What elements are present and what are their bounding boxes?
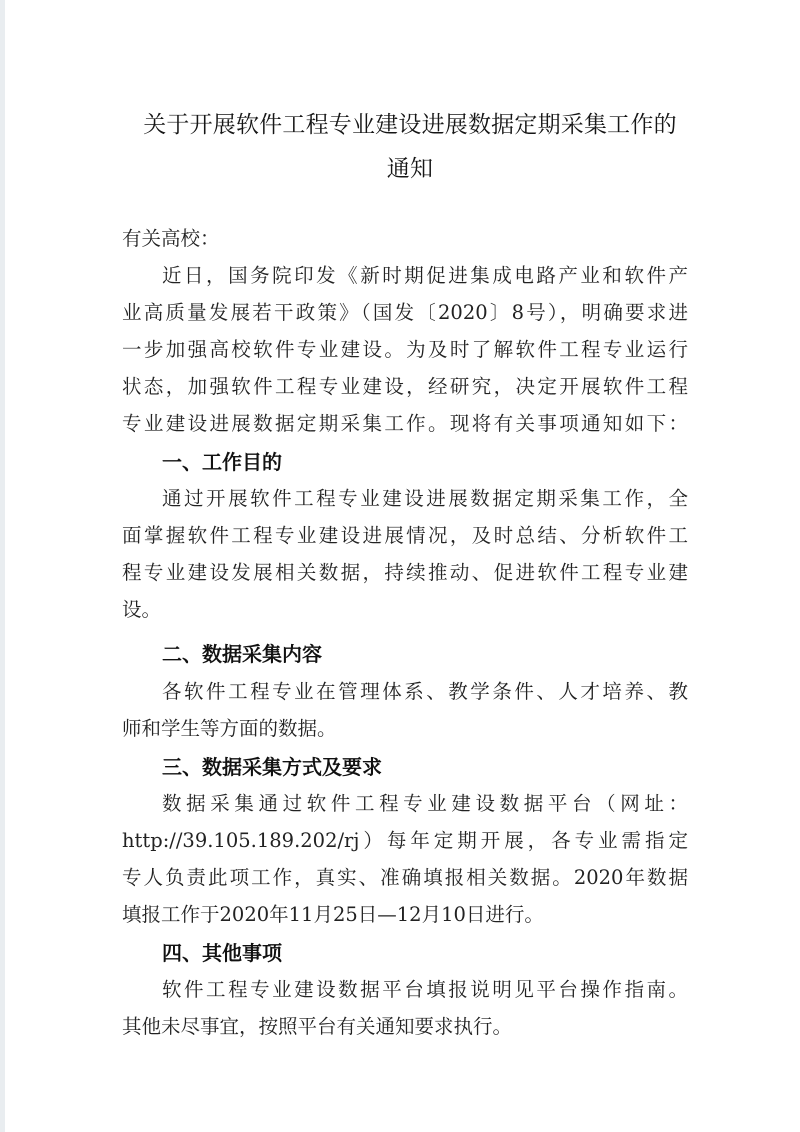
section-line: 专人负责此项工作，真实、准确填报相关数据。2020年数据 bbox=[122, 866, 688, 890]
section-line: 填报工作于2020年11月25日—12月10日进行。 bbox=[122, 903, 688, 927]
document-title-line-1: 关于开展软件工程专业建设进展数据定期采集工作的 bbox=[100, 106, 720, 139]
document-page: 关于开展软件工程专业建设进展数据定期采集工作的 通知 有关高校： 近日，国务院印… bbox=[0, 0, 800, 1132]
section-line: 师和学生等方面的数据。 bbox=[122, 717, 688, 741]
section-line: 其他未尽事宜，按照平台有关通知要求执行。 bbox=[122, 1015, 688, 1039]
section-line-url: http://39.105.189.202/rj）每年定期开展，各专业需指定 bbox=[122, 829, 688, 853]
section-heading-purpose: 一、工作目的 bbox=[162, 450, 282, 474]
section-heading-other: 四、其他事项 bbox=[162, 941, 282, 965]
section-heading-method: 三、数据采集方式及要求 bbox=[162, 755, 382, 779]
section-line: 数据采集通过软件工程专业建设数据平台（网址： bbox=[162, 792, 688, 816]
salutation: 有关高校： bbox=[122, 227, 688, 251]
intro-line: 近日，国务院印发《新时期促进集成电路产业和软件产 bbox=[162, 264, 688, 288]
section-line: 软件工程专业建设数据平台填报说明见平台操作指南。 bbox=[162, 978, 688, 1002]
intro-line: 一步加强高校软件专业建设。为及时了解软件工程专业运行 bbox=[122, 338, 688, 362]
section-heading-content: 二、数据采集内容 bbox=[162, 642, 322, 666]
section-line: 通过开展软件工程专业建设进展数据定期采集工作，全 bbox=[162, 487, 688, 511]
document-title-line-2: 通知 bbox=[100, 150, 720, 183]
section-line: 面掌握软件工程专业建设进展情况，及时总结、分析软件工 bbox=[122, 524, 688, 548]
intro-line: 专业建设进展数据定期采集工作。现将有关事项通知如下： bbox=[122, 412, 688, 436]
intro-line: 业高质量发展若干政策》（国发〔2020〕8号），明确要求进 bbox=[122, 301, 688, 325]
section-line: 各软件工程专业在管理体系、教学条件、人才培养、教 bbox=[162, 680, 688, 704]
intro-line: 状态，加强软件工程专业建设，经研究，决定开展软件工程 bbox=[122, 375, 688, 399]
section-line: 程专业建设发展相关数据，持续推动、促进软件工程专业建 bbox=[122, 561, 688, 585]
section-line: 设。 bbox=[122, 598, 688, 622]
